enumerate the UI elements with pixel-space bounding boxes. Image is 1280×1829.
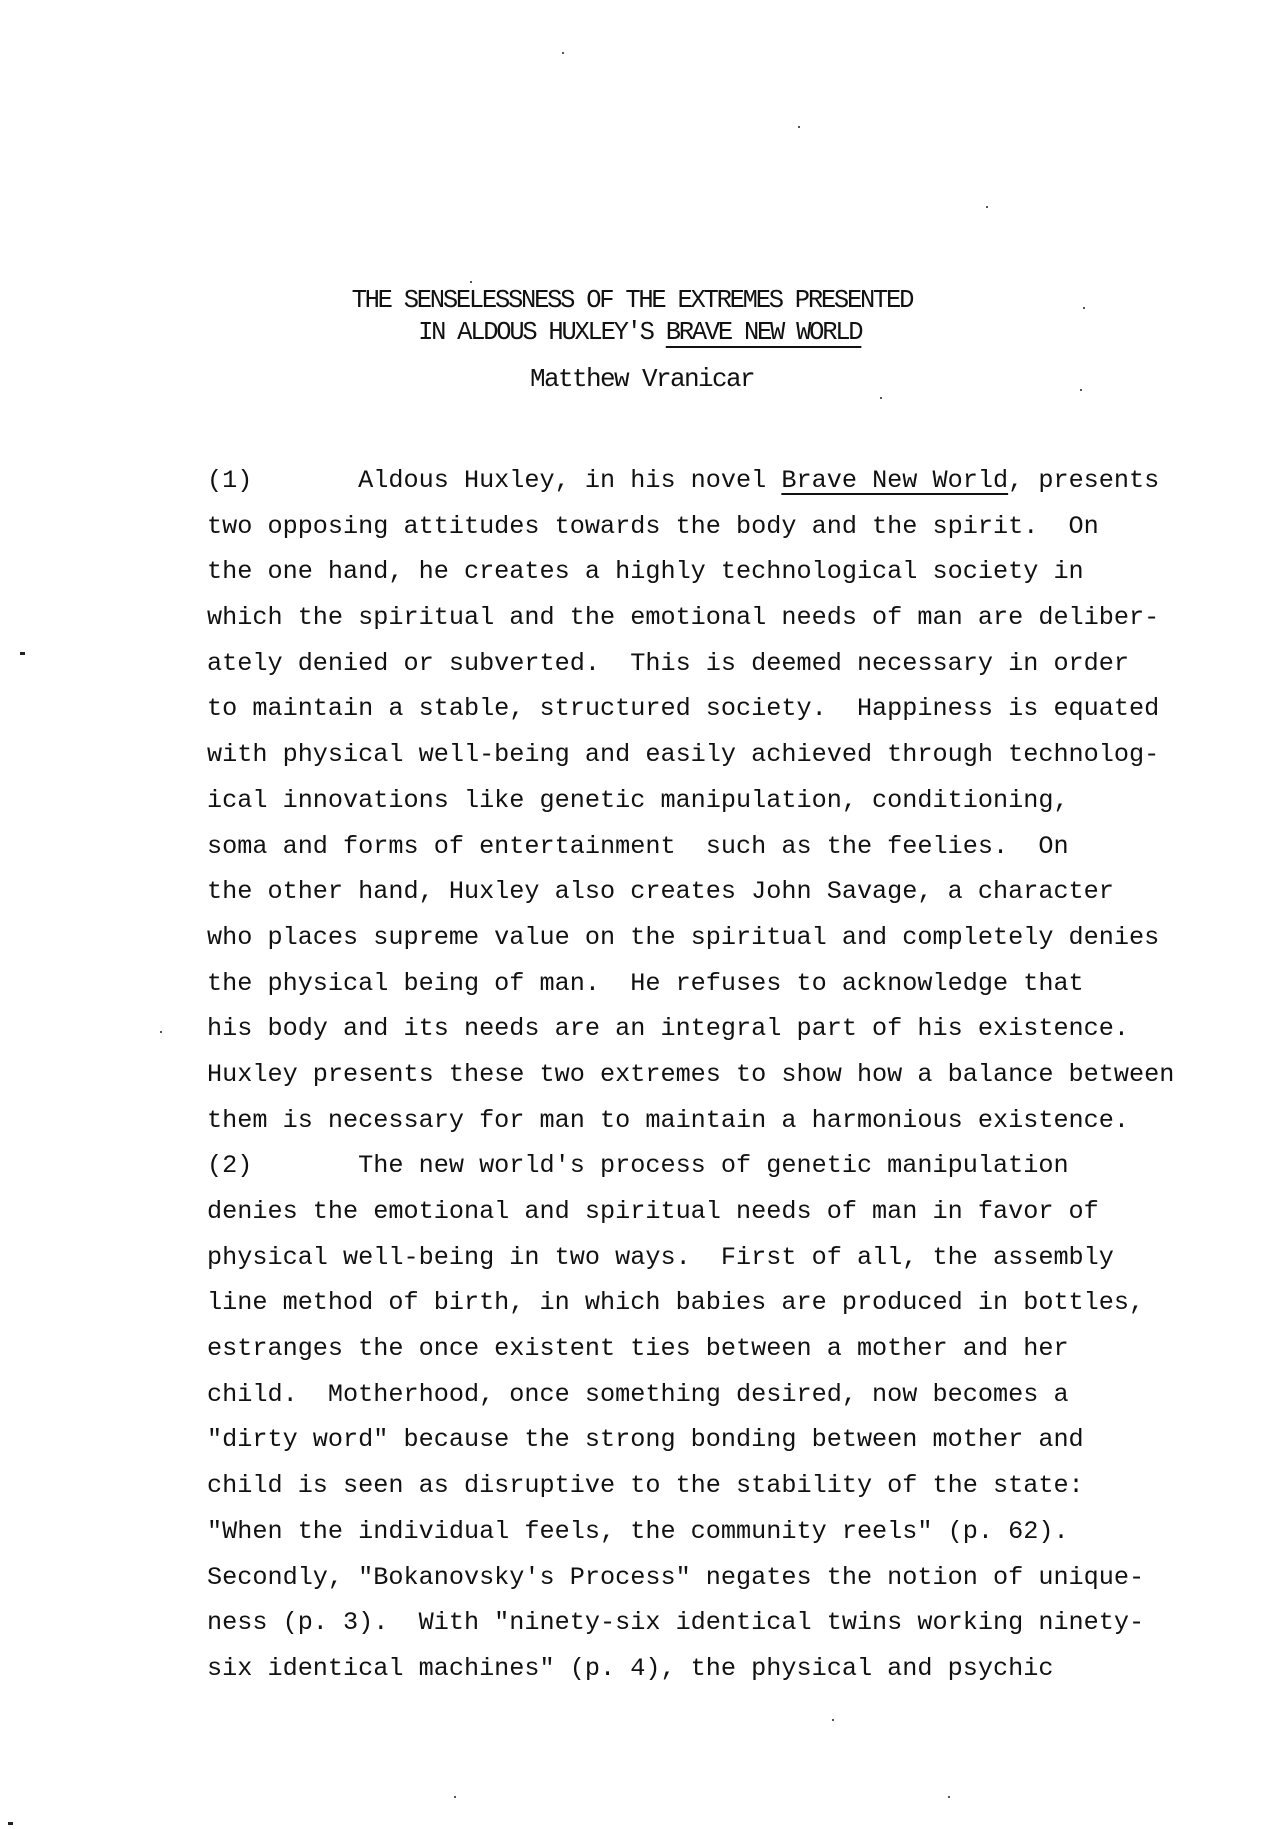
scan-speck	[880, 397, 882, 399]
text-line: denies the emotional and spiritual needs…	[207, 1189, 1217, 1235]
scan-speck	[470, 281, 472, 283]
text-segment: them is necessary for man to maintain a …	[207, 1106, 1129, 1135]
title-line-2-prefix: IN ALDOUS HUXLEY'S	[418, 317, 666, 347]
text-segment: who places supreme value on the spiritua…	[207, 923, 1159, 952]
scan-speck	[454, 1796, 456, 1798]
author-name: Matthew Vranicar	[0, 363, 1280, 395]
text-segment: ical innovations like genetic manipulati…	[207, 786, 1069, 815]
scan-speck	[986, 206, 988, 208]
title-line-2: IN ALDOUS HUXLEY'S BRAVE NEW WORLD	[12, 316, 1266, 348]
text-line: his body and its needs are an integral p…	[207, 1006, 1217, 1052]
text-line: who places supreme value on the spiritua…	[207, 915, 1217, 961]
text-line: the one hand, he creates a highly techno…	[207, 549, 1217, 595]
text-line: line method of birth, in which babies ar…	[207, 1280, 1217, 1326]
scan-speck	[160, 1031, 162, 1033]
text-segment: the physical being of man. He refuses to…	[207, 969, 1084, 998]
essay-body: (1) Aldous Huxley, in his novel Brave Ne…	[207, 458, 1217, 1692]
text-segment: line method of birth, in which babies ar…	[207, 1288, 1144, 1317]
text-line: them is necessary for man to maintain a …	[207, 1098, 1217, 1144]
scan-speck	[20, 652, 25, 655]
text-line: child. Motherhood, once something desire…	[207, 1372, 1217, 1418]
scan-speck	[798, 126, 800, 128]
text-segment: to maintain a stable, structured society…	[207, 694, 1159, 723]
text-line: Secondly, "Bokanovsky's Process" negates…	[207, 1555, 1217, 1601]
text-line: estranges the once existent ties between…	[207, 1326, 1217, 1372]
title-book-name: BRAVE NEW WORLD	[666, 317, 862, 347]
text-segment: ness (p. 3). With "ninety-six identical …	[207, 1608, 1144, 1637]
text-segment: child is seen as disruptive to the stabi…	[207, 1471, 1084, 1500]
text-segment: Huxley presents these two extremes to sh…	[207, 1060, 1174, 1089]
text-line: ical innovations like genetic manipulati…	[207, 778, 1217, 824]
text-segment: Secondly, "Bokanovsky's Process" negates…	[207, 1563, 1144, 1592]
text-line: the other hand, Huxley also creates John…	[207, 869, 1217, 915]
text-segment: six identical machines" (p. 4), the phys…	[207, 1654, 1053, 1683]
text-line: (1) Aldous Huxley, in his novel Brave Ne…	[207, 458, 1217, 504]
text-segment: "When the individual feels, the communit…	[207, 1517, 1069, 1546]
book-title-reference: Brave New World	[781, 466, 1008, 495]
text-segment: estranges the once existent ties between…	[207, 1334, 1069, 1363]
title-line-1: THE SENSELESSNESS OF THE EXTREMES PRESEN…	[5, 284, 1259, 316]
text-segment: the one hand, he creates a highly techno…	[207, 557, 1084, 586]
text-line: ately denied or subverted. This is deeme…	[207, 641, 1217, 687]
text-segment: (1) Aldous Huxley, in his novel	[207, 466, 781, 495]
scan-speck	[8, 1822, 13, 1825]
text-line: with physical well-being and easily achi…	[207, 732, 1217, 778]
text-line: child is seen as disruptive to the stabi…	[207, 1463, 1217, 1509]
text-line: physical well-being in two ways. First o…	[207, 1235, 1217, 1281]
text-segment: physical well-being in two ways. First o…	[207, 1243, 1114, 1272]
text-segment: soma and forms of entertainment such as …	[207, 832, 1069, 861]
text-segment: the other hand, Huxley also creates John…	[207, 877, 1114, 906]
scan-speck	[832, 1719, 834, 1721]
scan-speck	[948, 1796, 950, 1798]
text-line: "dirty word" because the strong bonding …	[207, 1417, 1217, 1463]
text-segment: "dirty word" because the strong bonding …	[207, 1425, 1084, 1454]
text-line: "When the individual feels, the communit…	[207, 1509, 1217, 1555]
scan-speck	[562, 52, 564, 54]
text-segment: ately denied or subverted. This is deeme…	[207, 649, 1129, 678]
text-segment: child. Motherhood, once something desire…	[207, 1380, 1069, 1409]
text-segment: which the spiritual and the emotional ne…	[207, 603, 1159, 632]
text-segment: with physical well-being and easily achi…	[207, 740, 1159, 769]
text-segment: denies the emotional and spiritual needs…	[207, 1197, 1099, 1226]
document-title: THE SENSELESSNESS OF THE EXTREMES PRESEN…	[13, 284, 1267, 348]
text-line: ness (p. 3). With "ninety-six identical …	[207, 1600, 1217, 1646]
document-page: THE SENSELESSNESS OF THE EXTREMES PRESEN…	[0, 0, 1280, 1829]
text-segment: two opposing attitudes towards the body …	[207, 512, 1099, 541]
text-segment: his body and its needs are an integral p…	[207, 1014, 1129, 1043]
text-line: (2) The new world's process of genetic m…	[207, 1143, 1217, 1189]
text-line: six identical machines" (p. 4), the phys…	[207, 1646, 1217, 1692]
text-segment: , presents	[1008, 466, 1159, 495]
text-line: two opposing attitudes towards the body …	[207, 504, 1217, 550]
text-line: to maintain a stable, structured society…	[207, 686, 1217, 732]
text-segment: (2) The new world's process of genetic m…	[207, 1151, 1069, 1180]
text-line: which the spiritual and the emotional ne…	[207, 595, 1217, 641]
text-line: the physical being of man. He refuses to…	[207, 961, 1217, 1007]
text-line: Huxley presents these two extremes to sh…	[207, 1052, 1217, 1098]
text-line: soma and forms of entertainment such as …	[207, 824, 1217, 870]
